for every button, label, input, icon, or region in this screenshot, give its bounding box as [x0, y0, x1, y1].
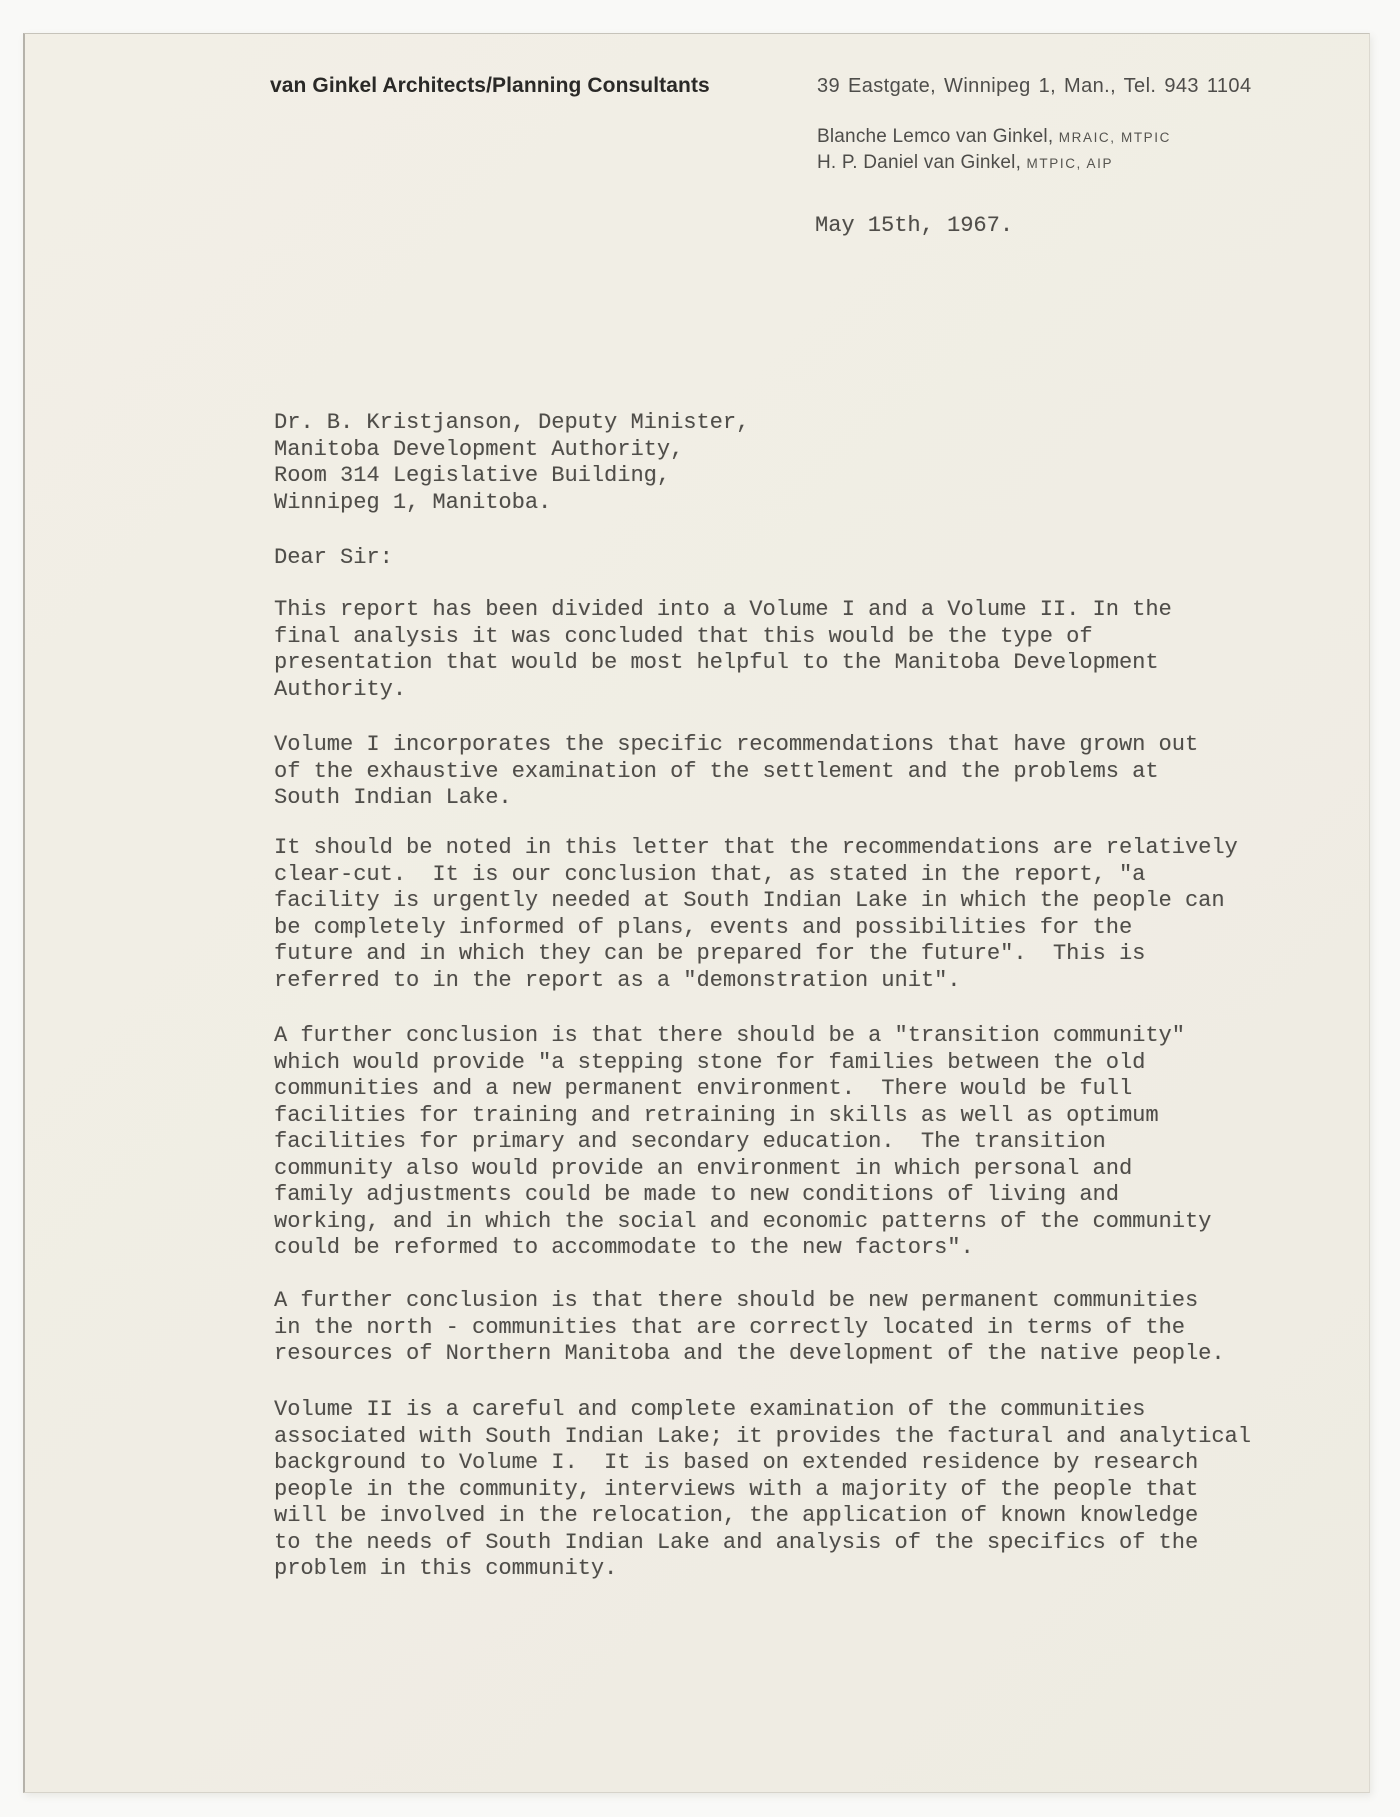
- body-paragraph: A further conclusion is that there shoul…: [274, 1023, 1314, 1262]
- partner-line: H. P. Daniel van Ginkel, MTPIC, AIP: [817, 152, 1113, 174]
- body-paragraph: This report has been divided into a Volu…: [274, 597, 1314, 703]
- body-paragraph: It should be noted in this letter that t…: [274, 835, 1324, 994]
- salutation: Dear Sir:: [274, 545, 1294, 572]
- letter-paper: van Ginkel Architects/Planning Consultan…: [23, 33, 1370, 1793]
- date-line: May 15th, 1967.: [815, 213, 1013, 240]
- partner-line: Blanche Lemco van Ginkel, MRAIC, MTPIC: [817, 126, 1171, 148]
- company-name: van Ginkel Architects/Planning Consultan…: [270, 74, 710, 98]
- partner-name: Blanche Lemco van Ginkel,: [817, 126, 1053, 147]
- partner-credentials: MTPIC, AIP: [1027, 156, 1114, 171]
- scanned-letter: van Ginkel Architects/Planning Consultan…: [0, 0, 1400, 1817]
- body-paragraph: A further conclusion is that there shoul…: [274, 1288, 1314, 1368]
- partner-credentials: MRAIC, MTPIC: [1059, 130, 1171, 145]
- body-paragraph: Volume II is a careful and complete exam…: [274, 1397, 1334, 1583]
- partner-name: H. P. Daniel van Ginkel,: [817, 152, 1021, 173]
- office-address-tel: 39 Eastgate, Winnipeg 1, Man., Tel. 943 …: [817, 75, 1251, 98]
- body-paragraph: Volume I incorporates the specific recom…: [274, 732, 1314, 812]
- recipient-address: Dr. B. Kristjanson, Deputy Minister, Man…: [274, 410, 1294, 516]
